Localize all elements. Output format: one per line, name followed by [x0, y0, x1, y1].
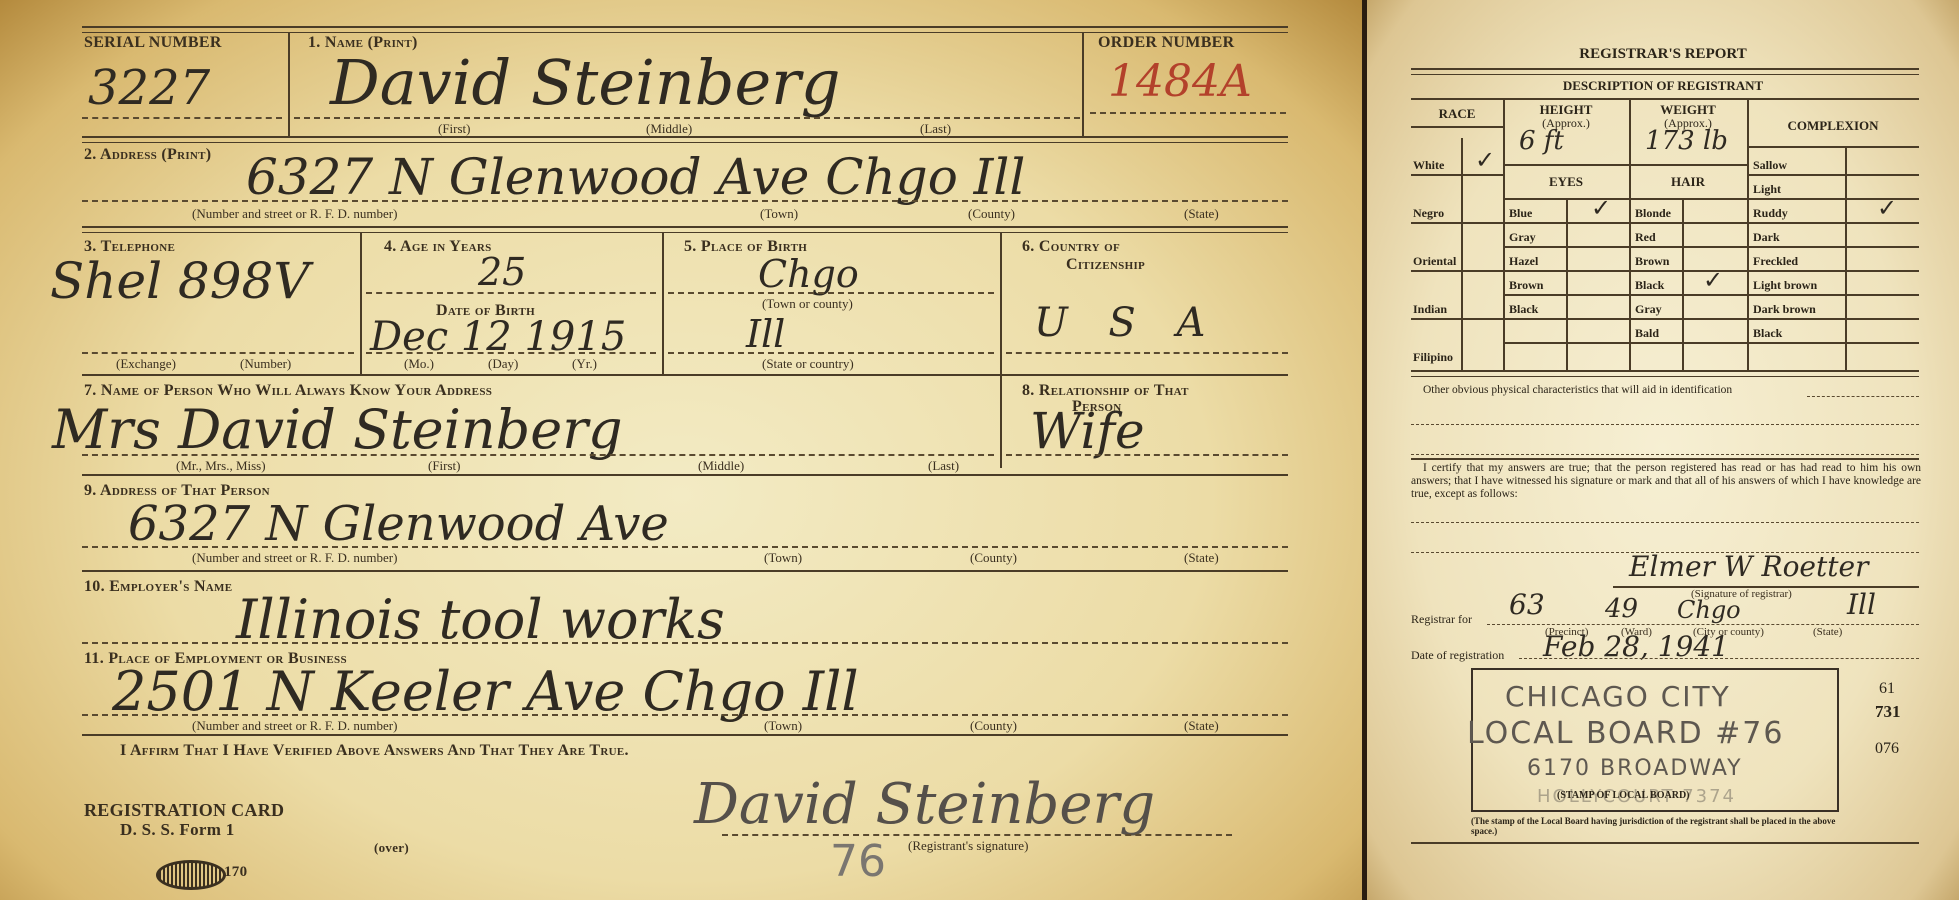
order-number-label: ORDER NUMBER [1098, 34, 1235, 52]
complexion-black: Black [1753, 326, 1782, 341]
divider [82, 734, 1288, 736]
divider [1566, 200, 1568, 372]
divider [1503, 294, 1747, 296]
divider [1747, 318, 1919, 320]
divider [1411, 454, 1919, 455]
employment-sub-town: (Town) [764, 718, 802, 734]
eyes-header: EYES [1503, 174, 1629, 190]
divider [1411, 318, 1503, 320]
divider [1747, 198, 1919, 200]
divider [82, 474, 1288, 476]
order-number-value: 1484A [1108, 56, 1252, 107]
side-number-1: 61 [1879, 680, 1895, 698]
divider [1747, 342, 1919, 344]
certification-text: I certify that my answers are true; that… [1411, 462, 1921, 501]
over-note: (over) [374, 840, 409, 856]
divider [1006, 454, 1288, 456]
divider [1747, 246, 1919, 248]
complexion-dark-brown: Dark brown [1753, 302, 1816, 317]
divider [722, 834, 1232, 836]
contact-address-sub-town: (Town) [764, 550, 802, 566]
divider [288, 32, 290, 136]
name-sub-first: (First) [438, 121, 471, 137]
stamp-caption: (STAMP OF LOCAL BOARD) [1557, 790, 1690, 801]
divider [1411, 458, 1919, 460]
eyes-gray: Gray [1509, 230, 1536, 245]
side-number-3: 076 [1875, 740, 1899, 758]
birthplace-sub-state: (State or country) [762, 356, 854, 372]
employment-sub-street: (Number and street or R. F. D. number) [192, 718, 397, 734]
divider [1503, 100, 1505, 372]
employment-sub-county: (County) [970, 718, 1017, 734]
contact-sub-last: (Last) [928, 458, 959, 474]
form-number: D. S. S. Form 1 [120, 820, 235, 840]
race-filipino: Filipino [1413, 350, 1453, 365]
dob-sub-month: (Mo.) [404, 356, 434, 372]
eyes-hazel: Hazel [1509, 254, 1538, 269]
race-indian: Indian [1413, 302, 1447, 317]
divider [366, 292, 656, 294]
divider [1747, 294, 1919, 296]
divider [1503, 318, 1747, 320]
complexion-ruddy: Ruddy [1753, 206, 1788, 221]
relationship-value: Wife [1030, 402, 1145, 460]
divider [82, 200, 1288, 202]
divider [668, 292, 994, 294]
weight-value: 173 lb [1645, 126, 1728, 156]
address-sub-county: (County) [968, 206, 1015, 222]
divider [366, 352, 656, 354]
precinct-value: 63 [1509, 588, 1545, 621]
divider [82, 352, 354, 354]
divider [1000, 232, 1002, 468]
divider [1411, 68, 1919, 75]
divider [1747, 100, 1749, 372]
divider [1747, 222, 1919, 224]
contact-address-sub-state: (State) [1184, 550, 1219, 566]
birthplace-town: Chgo [758, 252, 859, 296]
height-value: 6 ft [1519, 126, 1564, 156]
contact-address-sub-street: (Number and street or R. F. D. number) [192, 550, 397, 566]
divider [1487, 624, 1919, 625]
divider [1503, 222, 1747, 224]
name-sub-middle: (Middle) [646, 121, 692, 137]
divider [668, 352, 994, 354]
union-label-icon [156, 860, 226, 890]
divider [1411, 842, 1919, 844]
contact-person-value: Mrs David Steinberg [52, 398, 623, 461]
divider [1411, 370, 1919, 377]
stamp-line-1: CHICAGO CITY [1505, 680, 1731, 713]
address-sub-street: (Number and street or R. F. D. number) [192, 206, 397, 222]
divider [82, 117, 282, 119]
serial-number-label: SERIAL NUMBER [84, 34, 222, 52]
divider [82, 714, 1288, 716]
hair-red: Red [1635, 230, 1656, 245]
divider [82, 546, 1288, 548]
telephone-sub-number: (Number) [240, 356, 291, 372]
side-number-2: 731 [1875, 702, 1901, 722]
date-of-registration-label: Date of registration [1411, 648, 1504, 663]
divider [1411, 270, 1503, 272]
divider [360, 232, 362, 374]
birthplace-sub-town: (Town or county) [762, 296, 853, 312]
citizenship-label-2: Citizenship [1066, 256, 1145, 274]
hair-gray: Gray [1635, 302, 1662, 317]
other-characteristics-label: Other obvious physical characteristics t… [1423, 384, 1732, 396]
divider [1503, 198, 1747, 200]
divider [1411, 424, 1919, 425]
report-title: REGISTRAR'S REPORT [1367, 46, 1959, 63]
divider [82, 226, 1288, 233]
citizenship-value: U S A [1034, 300, 1219, 346]
state-value: Ill [1847, 588, 1876, 621]
divider [82, 136, 1288, 143]
stamp-line-3: 6170 BROADWAY [1527, 756, 1743, 781]
contact-address-sub-county: (County) [970, 550, 1017, 566]
birthplace-state: Ill [746, 312, 785, 356]
divider [1411, 222, 1503, 224]
race-negro: Negro [1413, 206, 1444, 221]
address-sub-town: (Town) [760, 206, 798, 222]
printer-code: 170 [224, 864, 247, 881]
eyes-black: Black [1509, 302, 1538, 317]
divider [1519, 658, 1919, 659]
eyes-blue: Blue [1509, 206, 1532, 221]
divider [1411, 174, 1503, 176]
race-white: White [1413, 158, 1444, 173]
divider [1503, 342, 1747, 344]
registrars-report: REGISTRAR'S REPORT DESCRIPTION OF REGIST… [1367, 0, 1959, 900]
hair-blonde: Blonde [1635, 206, 1671, 221]
hair-black: Black [1635, 278, 1664, 293]
contact-sub-title: (Mr., Mrs., Miss) [176, 458, 266, 474]
citizenship-label-1: 6. Country of [1022, 238, 1120, 256]
top-rule [82, 26, 1288, 33]
complexion-header: COMPLEXION [1747, 118, 1919, 134]
divider [1090, 112, 1286, 114]
employer-label: 10. Employer's Name [84, 578, 232, 596]
employment-sub-state: (State) [1184, 718, 1219, 734]
telephone-sub-exchange: (Exchange) [116, 356, 176, 372]
divider [1807, 396, 1919, 397]
divider [1682, 200, 1684, 372]
registrant-signature-sub: (Registrant's signature) [908, 838, 1028, 854]
divider [1503, 270, 1747, 272]
ward-value: 49 [1605, 594, 1638, 624]
description-title: DESCRIPTION OF REGISTRANT [1367, 78, 1959, 94]
contact-sub-middle: (Middle) [698, 458, 744, 474]
divider [1411, 98, 1919, 100]
age-label: 4. Age in Years [384, 238, 492, 256]
divider [1006, 352, 1288, 354]
registrar-for-label: Registrar for [1411, 612, 1472, 627]
contact-sub-first: (First) [428, 458, 461, 474]
complexion-light: Light [1753, 182, 1781, 197]
address-value: 6327 N Glenwood Ave Chgo Ill [246, 148, 1025, 206]
complexion-light-brown: Light brown [1753, 278, 1817, 293]
registrant-signature: David Steinberg [694, 772, 1155, 837]
complexion-freckled: Freckled [1753, 254, 1798, 269]
serial-number-value: 3227 [88, 60, 210, 116]
eyes-brown: Brown [1509, 278, 1543, 293]
contact-address-value: 6327 N Glenwood Ave [128, 496, 669, 552]
address-sub-state: (State) [1184, 206, 1219, 222]
race-oriental: Oriental [1413, 254, 1456, 269]
divider [82, 642, 1288, 644]
age-value: 25 [478, 250, 526, 294]
state-sub: (State) [1813, 626, 1842, 638]
eyes-blue-checkmark: ✓ [1591, 194, 1611, 222]
name-sub-last: (Last) [920, 121, 951, 137]
divider [1747, 174, 1919, 176]
hair-bald: Bald [1635, 326, 1659, 341]
telephone-value: Shel 898V [50, 252, 309, 310]
divider [82, 454, 994, 456]
divider [1411, 126, 1503, 128]
divider [1747, 270, 1919, 272]
divider [1082, 32, 1084, 136]
divider [1411, 522, 1919, 523]
stamp-mark: 76 [830, 836, 886, 887]
registrar-signature: Elmer W Roetter [1629, 550, 1868, 583]
name-value: David Steinberg [330, 46, 840, 119]
divider [82, 374, 1288, 376]
affirmation-text: I Affirm That I Have Verified Above Answ… [120, 742, 629, 760]
stamp-note: (The stamp of the Local Board having jur… [1471, 816, 1841, 836]
complexion-dark: Dark [1753, 230, 1780, 245]
hair-brown: Brown [1635, 254, 1669, 269]
complexion-sallow: Sallow [1753, 158, 1787, 173]
dob-sub-year: (Yr.) [572, 356, 597, 372]
divider [1747, 146, 1919, 148]
divider [294, 117, 1080, 119]
divider [1503, 246, 1747, 248]
divider [662, 232, 664, 374]
race-white-checkmark: ✓ [1475, 146, 1495, 174]
city-value: Chgo [1677, 596, 1741, 624]
form-title: REGISTRATION CARD [84, 800, 284, 821]
address-label: 2. Address (Print) [84, 146, 211, 164]
registration-card-front: SERIAL NUMBER 3227 1. Name (Print) David… [0, 0, 1362, 900]
dob-sub-day: (Day) [488, 356, 518, 372]
race-header: RACE [1411, 106, 1503, 122]
stamp-line-2: LOCAL BOARD #76 [1467, 716, 1784, 751]
divider [1503, 164, 1747, 166]
divider [82, 570, 1288, 572]
divider [1629, 100, 1631, 372]
divider [1845, 148, 1847, 372]
hair-header: HAIR [1629, 174, 1747, 190]
